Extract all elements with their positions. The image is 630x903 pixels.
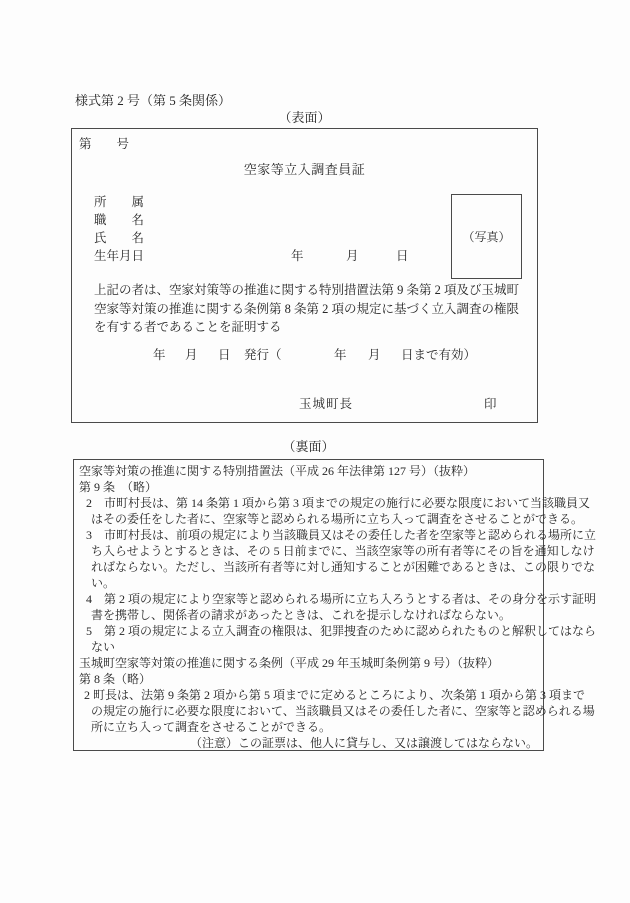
issue-year-label: 年	[153, 346, 166, 364]
issued-label: 発行（	[244, 346, 282, 364]
legal-text-line: 第 8 条（略）	[79, 671, 538, 687]
issue-day-label: 日	[218, 346, 231, 364]
legal-text-line: ない	[91, 639, 538, 655]
certificate-number-field: 第 号	[79, 134, 129, 152]
birth-year-label: 年	[291, 247, 304, 265]
legal-text-line: 2 市町村長は、第 14 条第 1 項から第 3 項までの規定の施行に必要な限度…	[86, 495, 538, 511]
field-birth-date: 生年月日	[94, 247, 144, 265]
front-side-label: （表面）	[71, 107, 538, 126]
statement-line: 上記の者は、空家対策等の推進に関する特別措置法第 9 条第 2 項及び玉城町	[94, 281, 526, 300]
valid-until-label: 日まで有効）	[401, 346, 476, 364]
legal-text-line: い。	[91, 575, 538, 591]
issue-month-label: 月	[185, 346, 198, 364]
legal-text-line: 玉城町空家等対策の推進に関する条例（平成 29 年玉城町条例第 9 号）（抜粋）	[79, 655, 538, 671]
certification-statement: 上記の者は、空家対策等の推進に関する特別措置法第 9 条第 2 項及び玉城町空家…	[94, 281, 526, 337]
birth-day-label: 日	[396, 247, 409, 265]
legal-text-line: 空家等対策の推進に関する特別措置法（平成 26 年法律第 127 号）（抜粋）	[79, 463, 538, 479]
back-side-label: （裏面）	[73, 436, 544, 455]
issuer-title: 玉城町長	[299, 394, 353, 412]
front-card: 第 号 空家等立入調査員証 所 属 職 名 氏 名 生年月日 年 月 日 （写真…	[71, 128, 538, 423]
photo-placeholder-box: （写真）	[451, 194, 522, 279]
legal-text-line: （注意）この証票は、他人に貸与し、又は譲渡してはならない。	[79, 735, 538, 751]
field-affiliation: 所 属	[94, 193, 144, 211]
legal-text-line: の規定の施行に必要な限度において、当該職員又はその委任した者に、空家等と認められ…	[91, 703, 538, 719]
legal-text-line: ち入らせようとするときは、その 5 日前までに、当該空家等の所有者等にその旨を通…	[91, 543, 538, 559]
document-page: 様式第 2 号（第 5 条関係） （表面） 第 号 空家等立入調査員証 所 属 …	[0, 0, 630, 903]
legal-text-line: ればならない。ただし、当該所有者等に対し通知することが困難であるときは、この限り…	[91, 559, 538, 575]
statement-line: 空家等対策の推進に関する条例第 8 条第 2 項の規定に基づく立入調査の権限	[94, 300, 526, 319]
field-name: 氏 名	[94, 229, 144, 247]
back-card: 空家等対策の推進に関する特別措置法（平成 26 年法律第 127 号）（抜粋）第…	[73, 459, 544, 751]
legal-text-line: はその委任をした者に、空家等と認められる場所に立ち入って調査をさせることができる…	[91, 511, 538, 527]
legal-text-line: 3 市町村長は、前項の規定により当該職員又はその委任した者を空家等と認められる場…	[86, 527, 538, 543]
statement-line: を有する者であることを証明する	[94, 318, 526, 337]
seal-placeholder: 印	[484, 394, 497, 412]
legal-text-line: 2 町長は、法第 9 条第 2 項から第 5 項までに定めるところにより、次条第…	[84, 687, 538, 703]
legal-text-line: 第 9 条 （略）	[79, 479, 538, 495]
legal-text-line: 書を携帯し、関係者の請求があったときは、これを提示しなければならない。	[91, 607, 538, 623]
valid-month-label: 月	[368, 346, 381, 364]
birth-month-label: 月	[346, 247, 359, 265]
legal-text-line: 所に立ち入って調査をさせることができる。	[91, 719, 538, 735]
field-job-title: 職 名	[94, 211, 144, 229]
photo-placeholder-label: （写真）	[462, 228, 510, 245]
certificate-title: 空家等立入調査員証	[72, 159, 537, 178]
legal-text-line: 5 第 2 項の規定による立入調査の権限は、犯罪捜査のために認められたものと解釈…	[86, 623, 538, 639]
valid-year-label: 年	[334, 346, 347, 364]
field-labels: 所 属 職 名 氏 名 生年月日	[94, 193, 144, 265]
legal-text-line: 4 第 2 項の規定により空家等と認められる場所に立ち入ろうとする者は、その身分…	[86, 591, 538, 607]
